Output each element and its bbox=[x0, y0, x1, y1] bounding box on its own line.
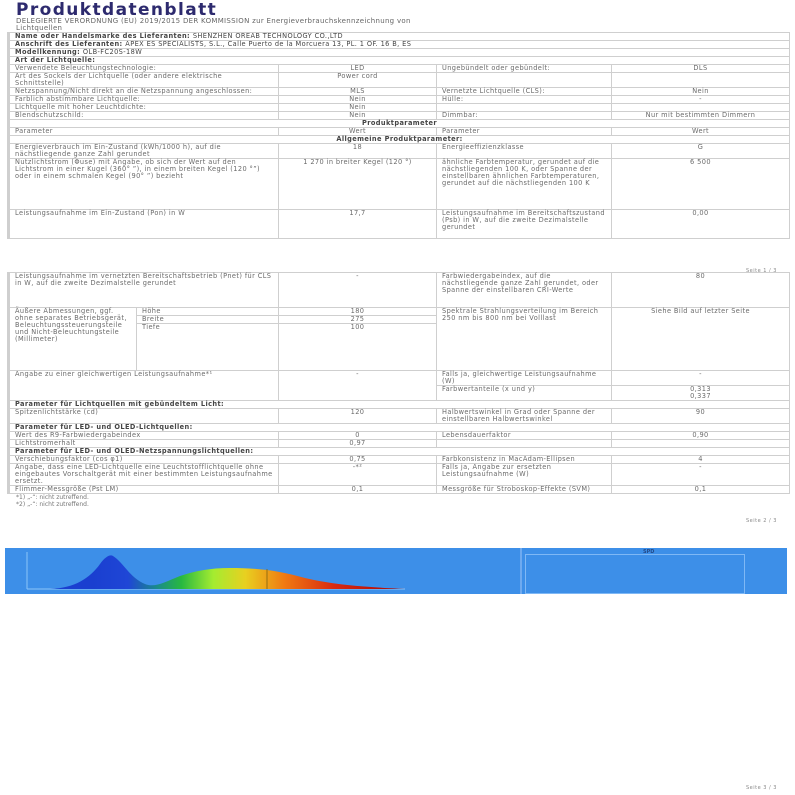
param-value: -*² bbox=[279, 464, 437, 486]
param-label: Blendschutzschild: bbox=[9, 112, 279, 120]
param-label: Art des Sockels der Lichtquelle (oder an… bbox=[9, 73, 279, 88]
param-value-2: - bbox=[612, 96, 790, 104]
param-value-2: 0,90 bbox=[612, 432, 790, 440]
param-value: 17,7 bbox=[279, 210, 437, 239]
param-label-2 bbox=[437, 440, 612, 448]
param-value-2: Nur mit bestimmten Dimmern bbox=[612, 112, 790, 120]
table-row: Flimmer-Messgröße (Pst LM)0,1Messgröße f… bbox=[9, 486, 790, 494]
col-param-header: Parameter bbox=[9, 128, 279, 136]
footnote-1: *1) „-“: nicht zutreffend. bbox=[7, 494, 788, 501]
dimension-value: 100 bbox=[279, 324, 437, 371]
table-row: Energieverbrauch im Ein-Zustand (kWh/100… bbox=[9, 144, 790, 159]
equiv-power-value: - bbox=[612, 371, 790, 386]
param-value: 0,1 bbox=[279, 486, 437, 494]
directional-heading: Parameter für Lichtquellen mit gebündelt… bbox=[9, 401, 790, 409]
product-params-heading: Produktparameter bbox=[9, 120, 790, 128]
supplier-name-label: Name oder Handelsmarke des Lieferanten: bbox=[15, 32, 190, 40]
table-row: Angabe, dass eine LED-Lichtquelle eine L… bbox=[9, 464, 790, 486]
equiv-label: Angabe zu einer gleichwertigen Leistungs… bbox=[9, 371, 279, 401]
dimension-name: Tiefe bbox=[137, 324, 279, 371]
table-row: Leistungsaufnahme im Ein-Zustand (Pon) i… bbox=[9, 210, 790, 239]
param-value: 120 bbox=[279, 409, 437, 424]
table-row: Spitzenlichtstärke (cd)120Halbwertswinke… bbox=[9, 409, 790, 424]
spectrum-info-panel bbox=[525, 554, 745, 594]
equiv-value: - bbox=[279, 371, 437, 401]
dimensions-label: Äußere Abmessungen, ggf. ohne separates … bbox=[9, 308, 137, 371]
spectrum-graph bbox=[5, 548, 520, 594]
param-label: Spitzenlichtstärke (cd) bbox=[9, 409, 279, 424]
spectral-value: Siehe Bild auf letzter Seite bbox=[612, 308, 790, 371]
page-number-3: Seite 3 / 3 bbox=[746, 785, 777, 791]
param-label-2: Messgröße für Stroboskop-Effekte (SVM) bbox=[437, 486, 612, 494]
param-value-2: 0,00 bbox=[612, 210, 790, 239]
param-value: - bbox=[279, 273, 437, 308]
supplier-address-value: APEX ES SPECIALISTS, S.L., Calle Puerto … bbox=[125, 40, 411, 48]
param-value: 18 bbox=[279, 144, 437, 159]
spectral-label: Spektrale Strahlungsverteilung im Bereic… bbox=[437, 308, 612, 371]
spectral-distribution-image: SPD bbox=[5, 548, 787, 594]
param-label-2: Falls ja, Angabe zur ersetzten Leistungs… bbox=[437, 464, 612, 486]
param-label-2: Energieeffizienzklasse bbox=[437, 144, 612, 159]
param-value-2: 6 500 bbox=[612, 159, 790, 210]
document-title: Produktdatenblatt bbox=[7, 2, 788, 18]
page-2: Leistungsaufnahme im vernetzten Bereitsc… bbox=[7, 272, 788, 508]
chroma-values: 0,313 0,337 bbox=[612, 386, 790, 401]
param-value-2: 80 bbox=[612, 273, 790, 308]
col-param-header-2: Parameter bbox=[437, 128, 612, 136]
param-value: 0,97 bbox=[279, 440, 437, 448]
param-label: Flimmer-Messgröße (Pst LM) bbox=[9, 486, 279, 494]
page-1: Produktdatenblatt DELEGIERTE VERORDNUNG … bbox=[7, 2, 788, 239]
param-label-2: Dimmbar: bbox=[437, 112, 612, 120]
param-value: Power cord bbox=[279, 73, 437, 88]
param-value-2 bbox=[612, 440, 790, 448]
param-label: Leistungsaufnahme im Ein-Zustand (Pon) i… bbox=[9, 210, 279, 239]
supplier-address-label: Anschrift des Lieferanten: bbox=[15, 40, 123, 48]
param-value-2: G bbox=[612, 144, 790, 159]
param-value-2 bbox=[612, 73, 790, 88]
param-label-2 bbox=[437, 73, 612, 88]
col-value-header-2: Wert bbox=[612, 128, 790, 136]
param-value: 1 270 in breiter Kegel (120 °) bbox=[279, 159, 437, 210]
param-label: Energieverbrauch im Ein-Zustand (kWh/100… bbox=[9, 144, 279, 159]
table-row: Nutzlichtstrom (Φuse) mit Angabe, ob sic… bbox=[9, 159, 790, 210]
param-label-2: Halbwertswinkel in Grad oder Spanne der … bbox=[437, 409, 612, 424]
param-label: Angabe, dass eine LED-Lichtquelle eine L… bbox=[9, 464, 279, 486]
supplier-name-value: SHENZHEN OREAB TECHNOLOGY CO.,LTD bbox=[193, 32, 343, 40]
spectrum-separator bbox=[520, 548, 522, 594]
page-number-2: Seite 2 / 3 bbox=[746, 518, 777, 524]
product-table-page-1: Name oder Handelsmarke des Lieferanten: … bbox=[7, 32, 790, 239]
table-row: Wert des R9-Farbwiedergabeindex0Lebensda… bbox=[9, 432, 790, 440]
chroma-y: 0,337 bbox=[617, 393, 784, 400]
param-label-2: ähnliche Farbtemperatur, gerundet auf di… bbox=[437, 159, 612, 210]
param-value-2: - bbox=[612, 464, 790, 486]
param-label-2: Ungebündelt oder gebündelt: bbox=[437, 65, 612, 73]
model-value: OLB-FC20S-18W bbox=[83, 48, 142, 56]
table-row: Art des Sockels der Lichtquelle (oder an… bbox=[9, 73, 790, 88]
param-label: Nutzlichtstrom (Φuse) mit Angabe, ob sic… bbox=[9, 159, 279, 210]
param-value-2: 0,1 bbox=[612, 486, 790, 494]
param-label-2: Leistungsaufnahme im Bereitschaftszustan… bbox=[437, 210, 612, 239]
param-value-2: 90 bbox=[612, 409, 790, 424]
param-value-2: DLS bbox=[612, 65, 790, 73]
equiv-power-label: Falls ja, gleichwertige Leistungsaufnahm… bbox=[437, 371, 612, 386]
footnote-2: *2) „-“: nicht zutreffend. bbox=[7, 501, 788, 508]
model-label: Modellkennung: bbox=[15, 48, 80, 56]
param-label-2: Lebensdauerfaktor bbox=[437, 432, 612, 440]
regulation-text: DELEGIERTE VERORDNUNG (EU) 2019/2015 DER… bbox=[7, 18, 436, 32]
model-row: Modellkennung: OLB-FC20S-18W bbox=[9, 49, 790, 57]
product-table-page-2: Leistungsaufnahme im vernetzten Bereitsc… bbox=[7, 272, 790, 494]
mains-heading: Parameter für LED- und OLED-Netzspannung… bbox=[9, 448, 790, 456]
param-label-2: Farbwiedergabeindex, auf die nächstliege… bbox=[437, 273, 612, 308]
table-row: Leistungsaufnahme im vernetzten Bereitsc… bbox=[9, 273, 790, 308]
param-label: Leistungsaufnahme im vernetzten Bereitsc… bbox=[9, 273, 279, 308]
chroma-label: Farbwertanteile (x und y) bbox=[437, 386, 612, 401]
param-label-2: Hülle: bbox=[437, 96, 612, 104]
